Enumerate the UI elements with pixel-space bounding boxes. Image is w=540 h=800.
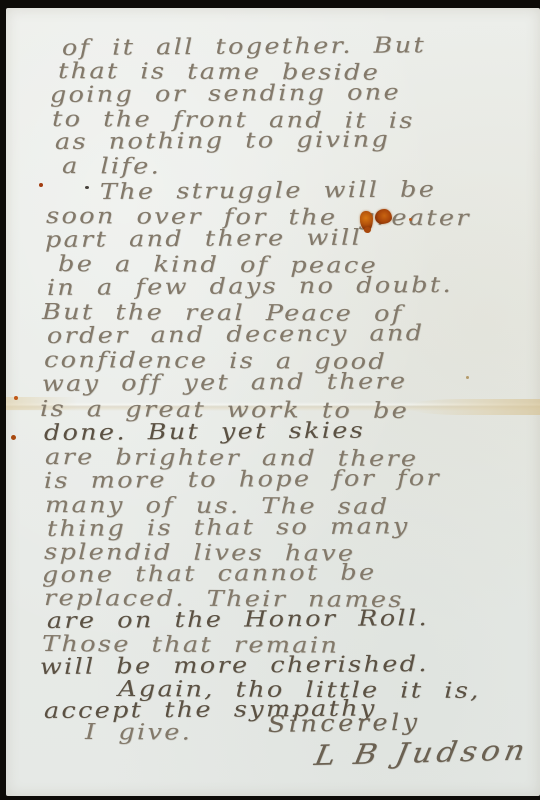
letter-line: gone that cannot be: [42, 560, 377, 588]
rust-stain-blob: [375, 209, 392, 224]
letter-line: going or sending one: [50, 80, 401, 108]
letter-line: in a few days no doubt.: [47, 273, 453, 301]
rust-stain-blob: [364, 227, 371, 233]
letter-line: as nothing to giving: [55, 127, 391, 155]
letter-body: of it all together. But that is tame bes…: [6, 8, 540, 796]
letter-line: part and there will: [45, 226, 362, 253]
letter-line: a life.: [62, 154, 161, 180]
stain-speck: [85, 186, 89, 189]
stain-speck: [14, 396, 18, 400]
letter-line: are on the Honor Roll.: [47, 606, 429, 634]
letter-line: I give.: [85, 720, 192, 746]
stain-speck: [466, 376, 469, 379]
letter-closing: Sincerely: [267, 710, 420, 738]
letter-line: of it all together. But: [62, 33, 426, 61]
stain-speck: [11, 435, 16, 440]
letter-line: is more to hope for for: [44, 466, 441, 494]
paper: of it all together. But that is tame bes…: [6, 8, 540, 796]
rust-stain: [360, 209, 394, 233]
stain-speck: [39, 183, 43, 187]
letter-line: will be more cherished.: [40, 652, 429, 680]
letter-line: done. But yet skies: [44, 419, 365, 446]
letter-line: The struggle will be: [100, 177, 437, 205]
letter-line: thing is that so many: [47, 514, 410, 542]
signature: L B Judson: [312, 733, 532, 772]
stain-speck: [409, 218, 412, 221]
letter-line: order and decency and: [47, 321, 425, 349]
letter-line: way off yet and there: [42, 369, 408, 397]
scan-background: of it all together. But that is tame bes…: [0, 0, 540, 800]
